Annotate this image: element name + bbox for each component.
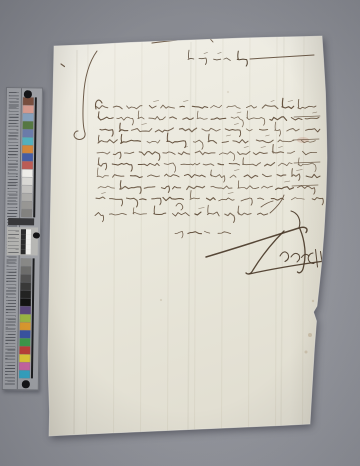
paper-stain [227, 91, 229, 93]
color-patch-blue-flower [22, 129, 33, 137]
paper-stain [305, 351, 308, 354]
fiducial-dot-top-fiducial [24, 91, 31, 98]
color-patch-moderate-red [22, 161, 33, 169]
color-patch-gray-1 [22, 177, 33, 185]
color-patch-orange-yellow [20, 322, 31, 330]
fiducial-dot-bottom-fiducial [22, 381, 29, 388]
manuscript-paper-svg [0, 0, 360, 466]
target-label-area [7, 227, 38, 255]
color-patch-light-skin [23, 105, 34, 113]
target-registration-line [31, 258, 35, 378]
manuscript-paper-layer [0, 0, 360, 466]
target-dark-bar [8, 218, 34, 225]
color-patch-yellow [19, 354, 30, 362]
color-patch-bluish-green [22, 137, 33, 145]
color-patch-gray-8 [20, 274, 31, 282]
color-patch-orange [22, 145, 33, 153]
target-registration-line [33, 97, 37, 217]
color-patch-magenta [19, 362, 30, 370]
color-patch-purple [20, 306, 31, 314]
color-target-strip [2, 87, 43, 390]
color-patch-blue-sky [23, 113, 34, 121]
paper-stain [308, 333, 312, 337]
color-patch-green [19, 338, 30, 346]
color-patch-purplish-blue [22, 153, 33, 161]
color-patch-black-2 [20, 298, 31, 306]
color-patch-cyan [19, 370, 30, 378]
color-patch-gray-6 [20, 258, 31, 266]
color-patch-white [22, 169, 33, 177]
color-patch-yellow-green [20, 314, 31, 322]
checker-cell [26, 249, 31, 254]
color-patch-foliage [22, 121, 33, 129]
color-patch-gray-4 [21, 201, 32, 209]
archival-photo-stage [0, 0, 360, 466]
color-patch-black-1 [20, 290, 31, 298]
ink-stroke [260, 129, 268, 130]
target-label-micro-text [8, 229, 19, 253]
color-patch-blue [19, 330, 30, 338]
target-resolution-checker [21, 229, 31, 254]
paper-sheet [48, 36, 327, 436]
color-patch-red [19, 346, 30, 354]
color-patch-gray-7 [20, 266, 31, 274]
color-patch-gray-2 [22, 185, 33, 193]
fiducial-dot-mid-fiducial [33, 232, 39, 238]
ink-stroke [180, 106, 185, 107]
color-patch-gray-3 [21, 193, 32, 201]
paper-stain [160, 299, 162, 301]
color-patch-dark-skin [23, 97, 34, 105]
paper-stain [312, 300, 314, 302]
color-patch-gray-9 [20, 282, 31, 290]
color-patch-gray-5 [21, 209, 32, 217]
